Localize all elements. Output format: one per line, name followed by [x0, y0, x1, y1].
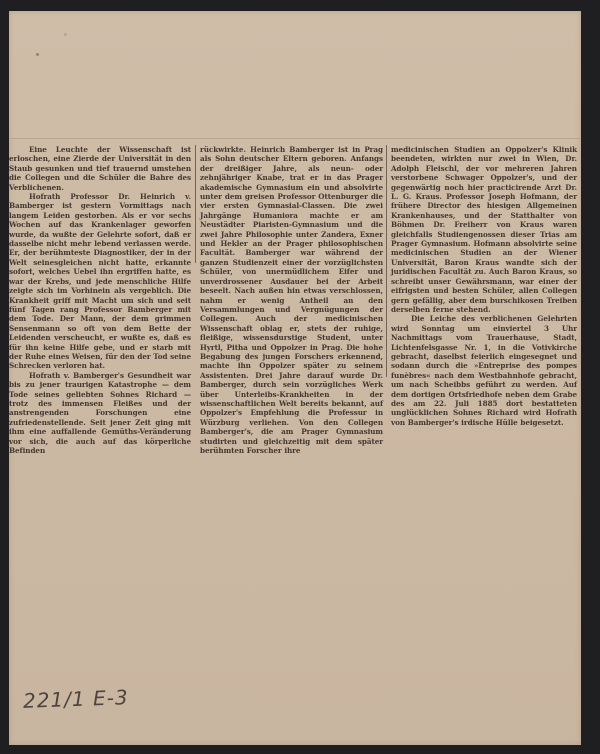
column-3: medicinischen Studien an Oppolzer's Klin…: [391, 145, 577, 427]
paragraph: Hofrath v. Bamberger's Gesundheit war bi…: [9, 371, 191, 456]
paper-speck: [36, 53, 39, 56]
paper-speck: [64, 33, 67, 36]
column-rule: [195, 145, 196, 263]
paragraph: medicinischen Studien an Oppolzer's Klin…: [391, 145, 577, 314]
handwritten-archive-mark: 221/1 E-3: [23, 685, 129, 713]
paragraph: rückwirkte. Heinrich Bamberger ist in Pr…: [200, 145, 383, 455]
paragraph: Eine Leuchte der Wissenschaft ist erlosc…: [9, 145, 191, 192]
paragraph: Hofrath Professor Dr. Heinrich v. Bamber…: [9, 192, 191, 371]
paper-sheet: Eine Leuchte der Wissenschaft ist erlosc…: [9, 11, 581, 745]
column-2: rückwirkte. Heinrich Bamberger ist in Pr…: [200, 145, 383, 455]
newspaper-clipping: Eine Leuchte der Wissenschaft ist erlosc…: [9, 138, 581, 384]
column-1: Eine Leuchte der Wissenschaft ist erlosc…: [9, 145, 191, 455]
column-rule: [386, 145, 387, 377]
paragraph: Die Leiche des verblichenen Gelehrten wi…: [391, 314, 577, 427]
